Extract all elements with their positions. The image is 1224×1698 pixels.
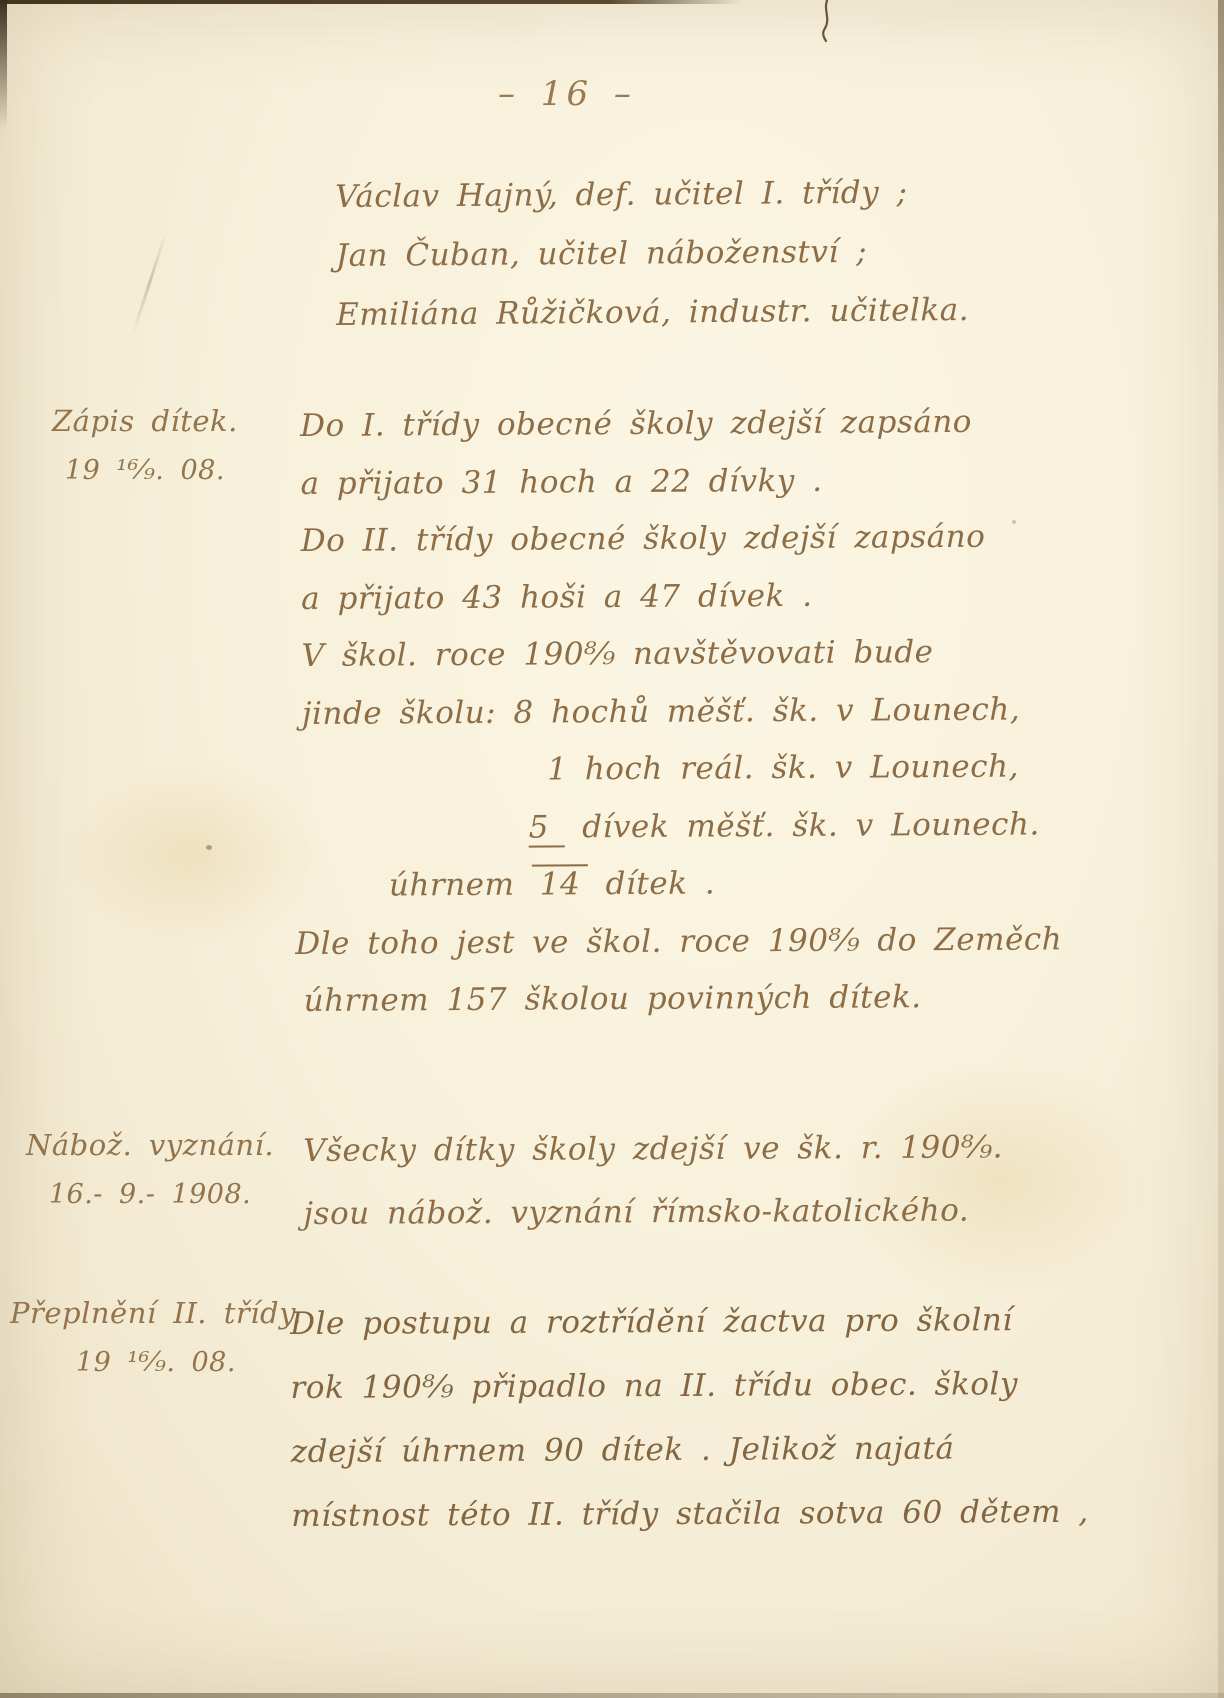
scan-top-edge-artifact: [0, 0, 742, 4]
text-line: Václav Hajný, def. učitel I. třídy ;: [335, 163, 968, 227]
text-line: 5 dívek měšť. šk. v Lounech.: [528, 796, 1061, 857]
scan-bottom-edge-shadow: [0, 1693, 1224, 1698]
margin-note-zapis-ditek: Zápis dítek. 19 ¹⁶⁄₉. 08.: [52, 396, 238, 496]
text-line: Dle toho jest ve škol. roce 190⁸⁄₉ do Ze…: [295, 911, 1062, 973]
text-line: zdejší úhrnem 90 dítek . Jelikož najatá: [291, 1416, 1089, 1484]
text-line: Do II. třídy obecné školy zdejší zapsáno: [301, 508, 1060, 570]
text-line: 1 hoch reál. šk. v Lounech,: [547, 738, 1061, 799]
scan-right-edge-shadow: [1218, 0, 1224, 1698]
margin-note-title: Nábož. vyznání.: [26, 1120, 274, 1170]
margin-note-naboz-vyznani: Nábož. vyznání. 16.- 9.- 1908.: [26, 1120, 274, 1220]
margin-note-date: 19 ¹⁶⁄₉. 08.: [52, 446, 238, 496]
text-line: Do I. třídy obecné školy zdejší zapsáno: [300, 393, 1059, 455]
text-line: jinde školu: 8 hochů měšť. šk. v Lounech…: [302, 681, 1061, 743]
chronicle-page-scan: – 16 – Václav Hajný, def. učitel I. tříd…: [0, 0, 1224, 1698]
page-number: – 16 –: [498, 74, 635, 114]
stray-pen-mark: [812, 0, 838, 46]
text-line: Emiliána Růžičková, industr. učitelka.: [336, 281, 969, 345]
text-line: jsou nábož. vyznání římsko-katolického.: [303, 1179, 1003, 1246]
margin-note-date: 16.- 9.- 1908.: [26, 1170, 274, 1220]
margin-note-preplneni-tridy: Přeplnění II. třídy. 19 ¹⁶⁄₉. 08.: [10, 1288, 302, 1388]
text-line: Jan Čuban, učitel náboženství ;: [335, 222, 968, 286]
paper-stain: [60, 760, 320, 950]
section-body-zapis-ditek: Do I. třídy obecné školy zdejší zapsánoa…: [300, 393, 1063, 1030]
margin-note-title: Zápis dítek.: [52, 396, 238, 446]
margin-note-title: Přeplnění II. třídy.: [10, 1288, 302, 1338]
text-line: Dle postupu a roztřídění žactva pro škol…: [290, 1288, 1088, 1356]
text-line: úhrnem 14 dítek .: [389, 853, 1062, 915]
sum-mark: 14: [532, 864, 589, 902]
paper-crease: [131, 230, 168, 336]
text-line: rok 190⁸⁄₉ připadlo na II. třídu obec. š…: [290, 1352, 1088, 1420]
section-body-naboz-vyznani: Všecky dítky školy zdejší ve šk. r. 190⁸…: [303, 1116, 1003, 1246]
text-line: Všecky dítky školy zdejší ve šk. r. 190⁸…: [303, 1116, 1003, 1183]
text-line: a přijato 31 hoch a 22 dívky .: [300, 451, 1059, 513]
section-body-preplneni-tridy: Dle postupu a roztřídění žactva pro škol…: [290, 1288, 1089, 1548]
text-line: místnost této II. třídy stačila sotva 60…: [291, 1480, 1089, 1548]
text-line: a přijato 43 hoši a 47 dívek .: [301, 566, 1060, 628]
margin-note-date: 19 ¹⁶⁄₉. 08.: [10, 1338, 302, 1388]
scan-left-edge-artifact: [0, 0, 7, 130]
intro-paragraph: Václav Hajný, def. učitel I. třídy ;Jan …: [335, 163, 969, 345]
text-line: úhrnem 157 školou povinných dítek.: [304, 968, 1063, 1030]
sum-mark: 5: [529, 809, 565, 847]
text-line: V škol. roce 190⁸⁄₉ navštěvovati bude: [301, 623, 1060, 685]
